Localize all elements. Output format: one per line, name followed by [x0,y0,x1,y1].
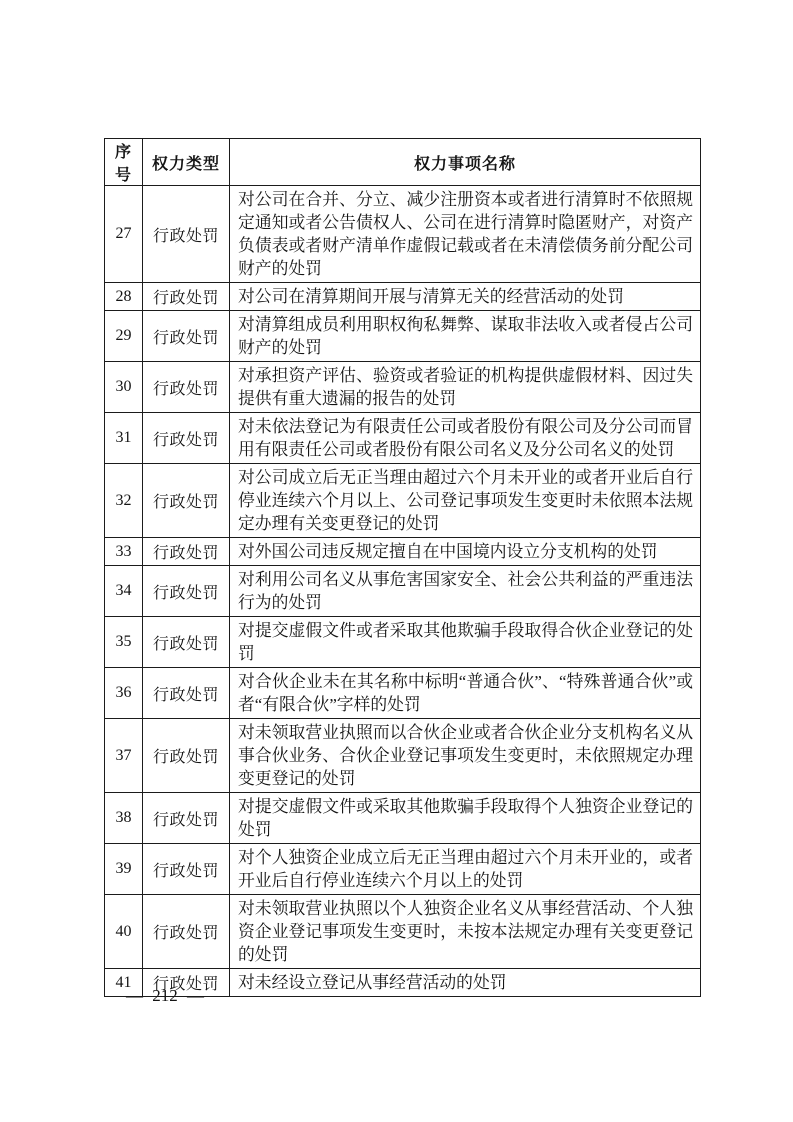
table-row: 30 行政处罚 对承担资产评估、验资或者验证的机构提供虚假材料、因过失提供有重大… [105,362,701,413]
cell-serial-number: 33 [105,538,143,566]
cell-power-type: 行政处罚 [143,566,230,617]
cell-power-item-name: 对外国公司违反规定擅自在中国境内设立分支机构的处罚 [230,538,701,566]
cell-serial-number: 29 [105,311,143,362]
cell-power-type: 行政处罚 [143,311,230,362]
table-row: 39 行政处罚 对个人独资企业成立后无正当理由超过六个月未开业的，或者开业后自行… [105,844,701,895]
cell-power-type: 行政处罚 [143,844,230,895]
cell-power-item-name: 对未依法登记为有限责任公司或者股份有限公司及分公司而冒用有限责任公司或者股份有限… [230,413,701,464]
cell-power-type: 行政处罚 [143,617,230,668]
cell-power-item-name: 对公司成立后无正当理由超过六个月未开业的或者开业后自行停业连续六个月以上、公司登… [230,464,701,538]
cell-serial-number: 32 [105,464,143,538]
cell-serial-number: 34 [105,566,143,617]
table-row: 32 行政处罚 对公司成立后无正当理由超过六个月未开业的或者开业后自行停业连续六… [105,464,701,538]
document-page: 序号 权力类型 权力事项名称 27 行政处罚 对公司在合并、分立、减少注册资本或… [0,0,793,1122]
cell-power-item-name: 对未领取营业执照而以合伙企业或者合伙企业分支机构名义从事合伙业务、合伙企业登记事… [230,719,701,793]
table-row: 33 行政处罚 对外国公司违反规定擅自在中国境内设立分支机构的处罚 [105,538,701,566]
cell-power-type: 行政处罚 [143,793,230,844]
cell-power-item-name: 对承担资产评估、验资或者验证的机构提供虚假材料、因过失提供有重大遗漏的报告的处罚 [230,362,701,413]
cell-serial-number: 39 [105,844,143,895]
table-row: 36 行政处罚 对合伙企业未在其名称中标明“普通合伙”、“特殊普通合伙”或者“有… [105,668,701,719]
column-header-serial-number: 序号 [105,139,143,186]
cell-power-type: 行政处罚 [143,413,230,464]
cell-power-type: 行政处罚 [143,719,230,793]
cell-power-item-name: 对提交虚假文件或采取其他欺骗手段取得个人独资企业登记的处罚 [230,793,701,844]
cell-serial-number: 40 [105,895,143,969]
column-header-power-item-name: 权力事项名称 [230,139,701,186]
cell-power-type: 行政处罚 [143,186,230,283]
table-body: 27 行政处罚 对公司在合并、分立、减少注册资本或者进行清算时不依照规定通知或者… [105,186,701,997]
cell-power-item-name: 对公司在合并、分立、减少注册资本或者进行清算时不依照规定通知或者公告债权人、公司… [230,186,701,283]
power-items-table: 序号 权力类型 权力事项名称 27 行政处罚 对公司在合并、分立、减少注册资本或… [104,138,701,997]
page-number: — 212 — [126,986,204,1006]
cell-power-type: 行政处罚 [143,895,230,969]
cell-power-item-name: 对提交虚假文件或者采取其他欺骗手段取得合伙企业登记的处罚 [230,617,701,668]
table-row: 38 行政处罚 对提交虚假文件或采取其他欺骗手段取得个人独资企业登记的处罚 [105,793,701,844]
cell-serial-number: 35 [105,617,143,668]
cell-power-type: 行政处罚 [143,362,230,413]
cell-power-type: 行政处罚 [143,464,230,538]
table-row: 35 行政处罚 对提交虚假文件或者采取其他欺骗手段取得合伙企业登记的处罚 [105,617,701,668]
table-row: 34 行政处罚 对利用公司名义从事危害国家安全、社会公共利益的严重违法行为的处罚 [105,566,701,617]
cell-power-item-name: 对未经设立登记从事经营活动的处罚 [230,969,701,997]
cell-power-type: 行政处罚 [143,538,230,566]
table-row: 27 行政处罚 对公司在合并、分立、减少注册资本或者进行清算时不依照规定通知或者… [105,186,701,283]
column-header-power-type: 权力类型 [143,139,230,186]
cell-serial-number: 30 [105,362,143,413]
cell-power-type: 行政处罚 [143,668,230,719]
cell-serial-number: 31 [105,413,143,464]
table-header: 序号 权力类型 权力事项名称 [105,139,701,186]
cell-power-item-name: 对利用公司名义从事危害国家安全、社会公共利益的严重违法行为的处罚 [230,566,701,617]
cell-power-item-name: 对清算组成员利用职权徇私舞弊、谋取非法收入或者侵占公司财产的处罚 [230,311,701,362]
cell-serial-number: 28 [105,283,143,311]
cell-serial-number: 38 [105,793,143,844]
table-row: 28 行政处罚 对公司在清算期间开展与清算无关的经营活动的处罚 [105,283,701,311]
cell-power-item-name: 对公司在清算期间开展与清算无关的经营活动的处罚 [230,283,701,311]
cell-serial-number: 27 [105,186,143,283]
cell-power-item-name: 对未领取营业执照以个人独资企业名义从事经营活动、个人独资企业登记事项发生变更时，… [230,895,701,969]
table-row: 29 行政处罚 对清算组成员利用职权徇私舞弊、谋取非法收入或者侵占公司财产的处罚 [105,311,701,362]
cell-serial-number: 36 [105,668,143,719]
table-row: 37 行政处罚 对未领取营业执照而以合伙企业或者合伙企业分支机构名义从事合伙业务… [105,719,701,793]
header-row: 序号 权力类型 权力事项名称 [105,139,701,186]
cell-serial-number: 37 [105,719,143,793]
cell-power-item-name: 对合伙企业未在其名称中标明“普通合伙”、“特殊普通合伙”或者“有限合伙”字样的处… [230,668,701,719]
table-row: 31 行政处罚 对未依法登记为有限责任公司或者股份有限公司及分公司而冒用有限责任… [105,413,701,464]
cell-power-type: 行政处罚 [143,283,230,311]
table-row: 40 行政处罚 对未领取营业执照以个人独资企业名义从事经营活动、个人独资企业登记… [105,895,701,969]
cell-power-item-name: 对个人独资企业成立后无正当理由超过六个月未开业的，或者开业后自行停业连续六个月以… [230,844,701,895]
